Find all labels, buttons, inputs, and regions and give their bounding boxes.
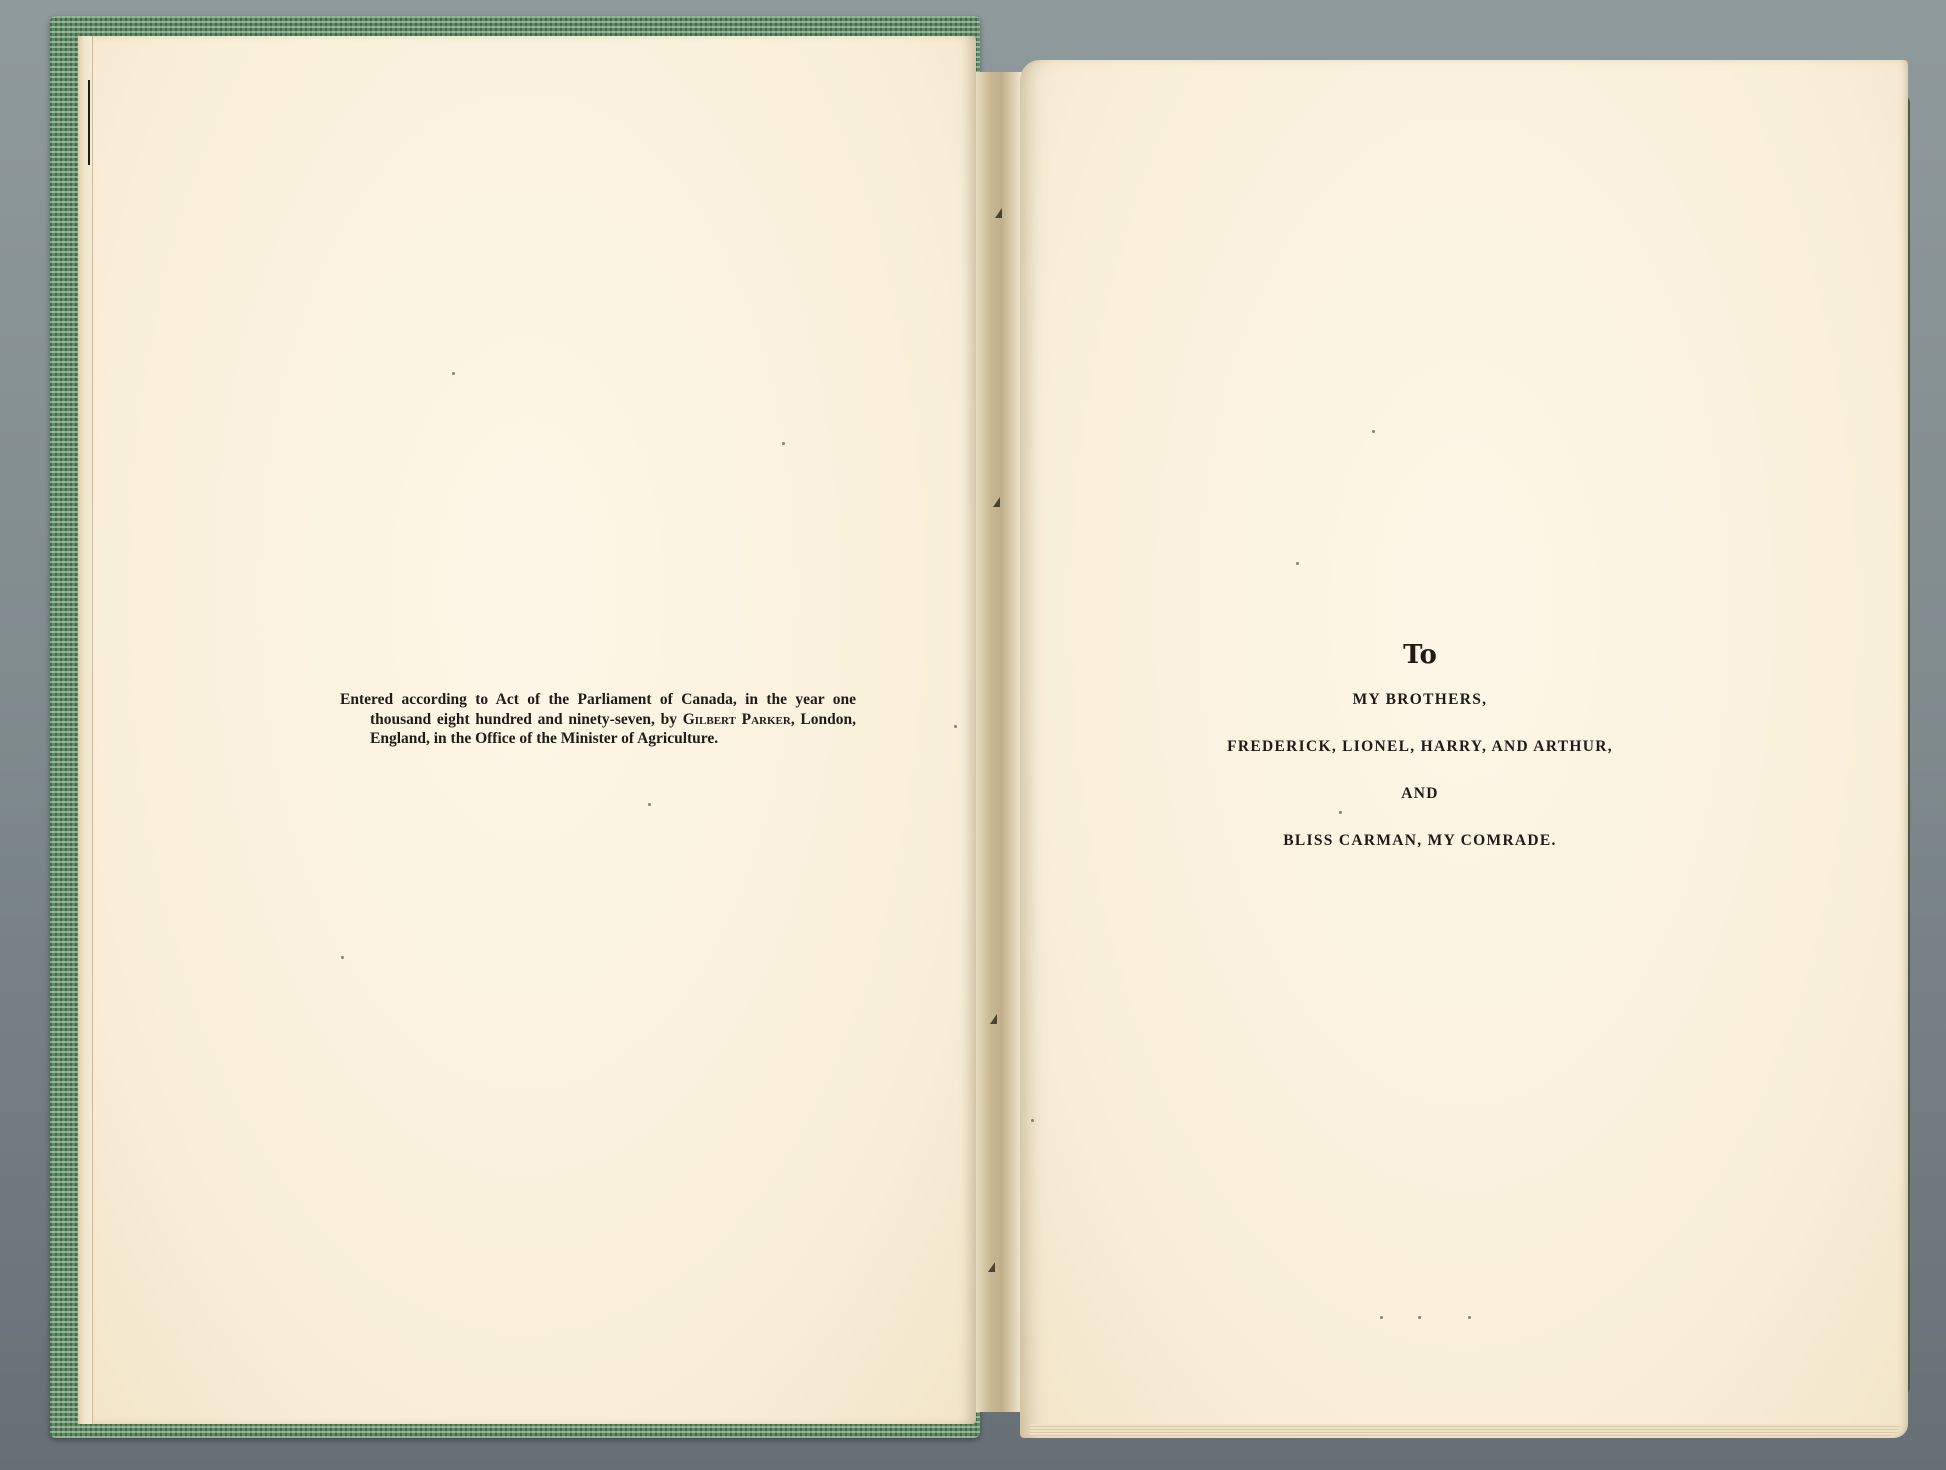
paper-speck <box>452 372 455 375</box>
dedication-heading: To <box>1150 640 1690 670</box>
binding-crack-mark <box>88 80 90 165</box>
paper-speck <box>341 956 344 959</box>
paper-speck <box>954 725 957 728</box>
dedication-line: MY BROTHERS, <box>1150 690 1690 710</box>
right-page-bottom-edge <box>1030 1424 1900 1436</box>
paper-speck <box>1296 562 1299 565</box>
gutter-tear-mark <box>988 1262 995 1272</box>
paper-speck <box>1380 1316 1383 1319</box>
dedication-line: AND <box>1150 784 1690 804</box>
paper-speck <box>1418 1316 1421 1319</box>
paper-speck <box>1031 1119 1034 1122</box>
gutter-tear-mark <box>993 497 1000 507</box>
paper-speck <box>648 803 651 806</box>
dedication-block: To MY BROTHERS, FREDERICK, LIONEL, HARRY… <box>1150 640 1690 878</box>
dedication-line: FREDERICK, LIONEL, HARRY, AND ARTHUR, <box>1150 737 1690 757</box>
gutter-tear-mark <box>990 1014 997 1024</box>
copyright-author-name: Gilbert Parker <box>683 711 791 728</box>
left-page-edge <box>78 36 93 1424</box>
dedication-line: BLISS CARMAN, MY COMRADE. <box>1150 831 1690 851</box>
paper-speck <box>1372 430 1375 433</box>
gutter-tear-mark <box>995 208 1002 218</box>
book-gutter <box>976 72 1022 1412</box>
paper-speck <box>782 442 785 445</box>
copyright-notice: Entered according to Act of the Parliame… <box>340 690 856 749</box>
paper-speck <box>1468 1316 1471 1319</box>
